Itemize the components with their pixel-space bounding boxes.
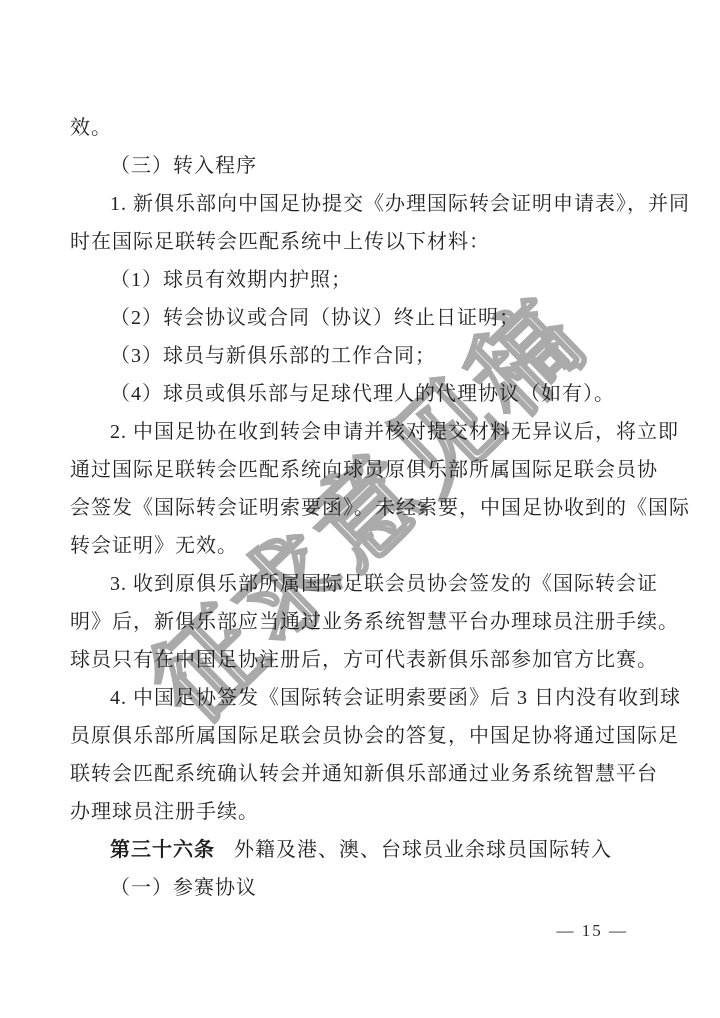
line-text: 1. 新俱乐部向中国足协提交《办理国际转会证明申请表》，并同 <box>110 193 690 215</box>
text-line: （4）球员或俱乐部与足球代理人的代理协议（如有）。 <box>70 375 648 413</box>
line-text: （2）转会协议或合同（协议）终止日证明； <box>110 307 520 329</box>
text-line: 联转会匹配系统确认转会并通知新俱乐部通过业务系统智慧平台 <box>70 755 648 793</box>
text-line: 通过国际足联转会匹配系统向球员原俱乐部所属国际足联会员协 <box>70 451 648 489</box>
text-line: 时在国际足联转会匹配系统中上传以下材料： <box>70 223 648 261</box>
article-number: 第三十六条 <box>110 839 215 861</box>
line-text: （三）转入程序 <box>110 155 257 177</box>
line-text: 球员只有在中国足协注册后，方可代表新俱乐部参加官方比赛。 <box>70 649 658 671</box>
text-line: 明》后，新俱乐部应当通过业务系统智慧平台办理球员注册手续。 <box>70 603 648 641</box>
line-text: 明》后，新俱乐部应当通过业务系统智慧平台办理球员注册手续。 <box>70 611 679 633</box>
line-text: 2. 中国足协在收到转会申请并核对提交材料无异议后，将立即 <box>110 421 679 443</box>
page-number: — 15 — <box>557 921 629 941</box>
document-page: 征求意见稿 效。（三）转入程序1. 新俱乐部向中国足协提交《办理国际转会证明申请… <box>0 0 720 1018</box>
line-text: 4. 中国足协签发《国际转会证明索要函》后 3 日内没有收到球 <box>110 687 681 709</box>
article-heading-line: 第三十六条外籍及港、澳、台球员业余球员国际转入 <box>70 831 648 869</box>
text-line: 3. 收到原俱乐部所属国际足联会员协会签发的《国际转会证 <box>70 565 648 603</box>
line-text: 会签发《国际转会证明索要函》。未经索要，中国足协收到的《国际 <box>70 497 690 519</box>
line-text: 联转会匹配系统确认转会并通知新俱乐部通过业务系统智慧平台 <box>70 763 658 785</box>
line-text: 时在国际足联转会匹配系统中上传以下材料： <box>70 231 490 253</box>
line-text: （1）球员有效期内护照； <box>110 269 352 291</box>
text-line: 员原俱乐部所属国际足联会员协会的答复，中国足协将通过国际足 <box>70 717 648 755</box>
line-text: （4）球员或俱乐部与足球代理人的代理协议（如有）。 <box>110 383 615 405</box>
text-line: （三）转入程序 <box>70 147 648 185</box>
line-text: 外籍及港、澳、台球员业余球员国际转入 <box>234 839 612 861</box>
line-text: （3）球员与新俱乐部的工作合同； <box>110 345 436 367</box>
line-text: （一）参赛协议 <box>110 877 257 899</box>
text-line: 球员只有在中国足协注册后，方可代表新俱乐部参加官方比赛。 <box>70 641 648 679</box>
line-text: 员原俱乐部所属国际足联会员协会的答复，中国足协将通过国际足 <box>70 725 679 747</box>
text-line: 会签发《国际转会证明索要函》。未经索要，中国足协收到的《国际 <box>70 489 648 527</box>
text-line: 效。 <box>70 109 648 147</box>
text-line: 办理球员注册手续。 <box>70 793 648 831</box>
text-line: （一）参赛协议 <box>70 869 648 907</box>
line-text: 3. 收到原俱乐部所属国际足联会员协会签发的《国际转会证 <box>110 573 658 595</box>
line-text: 通过国际足联转会匹配系统向球员原俱乐部所属国际足联会员协 <box>70 459 658 481</box>
text-line: 转会证明》无效。 <box>70 527 648 565</box>
document-body: 效。（三）转入程序1. 新俱乐部向中国足协提交《办理国际转会证明申请表》，并同时… <box>70 109 648 907</box>
text-line: （1）球员有效期内护照； <box>70 261 648 299</box>
text-line: （3）球员与新俱乐部的工作合同； <box>70 337 648 375</box>
text-line: 1. 新俱乐部向中国足协提交《办理国际转会证明申请表》，并同 <box>70 185 648 223</box>
text-line: 2. 中国足协在收到转会申请并核对提交材料无异议后，将立即 <box>70 413 648 451</box>
line-text: 转会证明》无效。 <box>70 535 238 557</box>
line-text: 效。 <box>70 117 112 139</box>
line-text: 办理球员注册手续。 <box>70 801 259 823</box>
text-line: （2）转会协议或合同（协议）终止日证明； <box>70 299 648 337</box>
text-line: 4. 中国足协签发《国际转会证明索要函》后 3 日内没有收到球 <box>70 679 648 717</box>
